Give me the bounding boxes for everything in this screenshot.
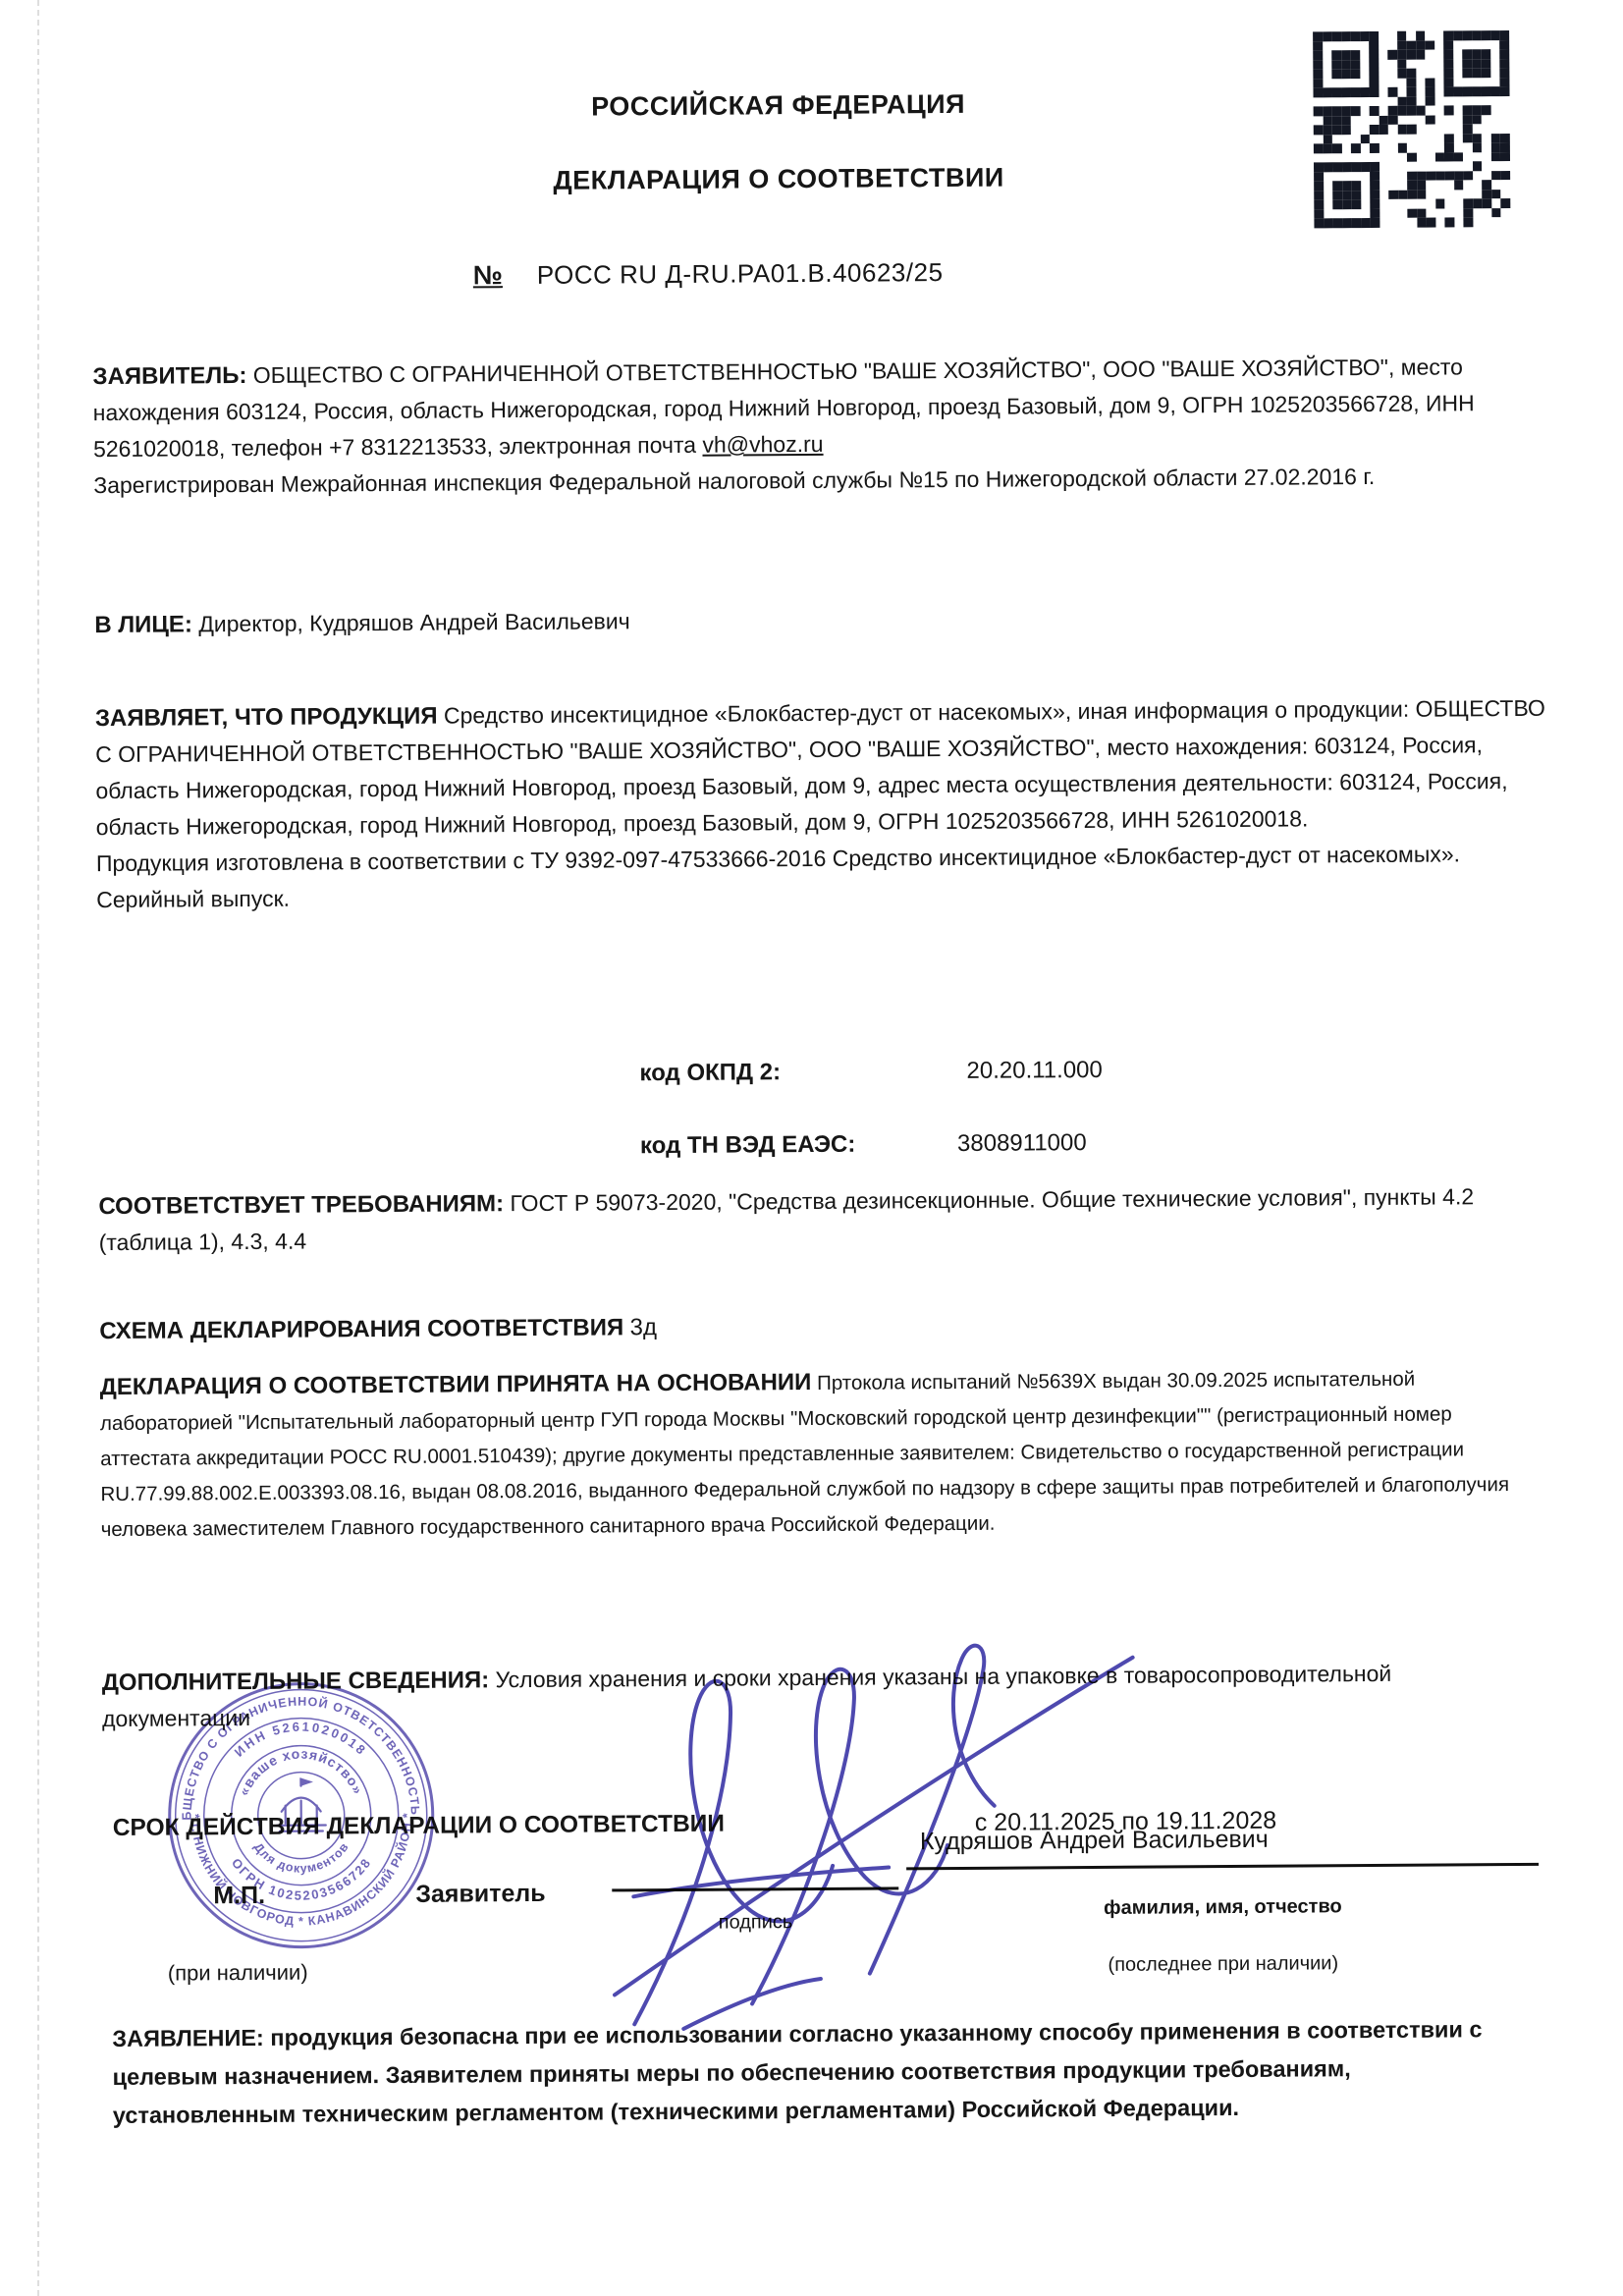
basis-paragraph: ДЕКЛАРАЦИЯ О СООТВЕТСТВИИ ПРИНЯТА НА ОСН… <box>100 1360 1535 1548</box>
in-person-row: В ЛИЦЕ: Директор, Кудряшов Андрей Василь… <box>94 597 1545 643</box>
stamp-emblem-icon <box>276 1778 325 1831</box>
stamp-mid-top-text: ИНН 5261020018 <box>232 1719 370 1760</box>
okpd-value: 20.20.11.000 <box>966 1057 1103 1085</box>
qr-code <box>1313 30 1510 228</box>
okpd-label: код ОКПД 2: <box>639 1059 781 1087</box>
svg-text:ИНН 5261020018: ИНН 5261020018 <box>232 1719 370 1760</box>
applicant-registered: Зарегистрирован Межрайонная инспекция Фе… <box>93 458 1544 504</box>
svg-text:Для документов: Для документов <box>251 1839 352 1876</box>
compliance-paragraph: СООТВЕТСТВУЕТ ТРЕБОВАНИЯМ: ГОСТ Р 59073-… <box>98 1178 1512 1261</box>
email-link[interactable]: vh@vhoz.ru <box>702 431 823 458</box>
in-person-label: В ЛИЦЕ: <box>94 611 192 638</box>
scheme-value: 3д <box>629 1314 657 1340</box>
mp-caption: (при наличии) <box>168 1960 308 1987</box>
applicant-paragraph: ЗАЯВИТЕЛЬ: ОБЩЕСТВО С ОГРАНИЧЕННОЙ ОТВЕТ… <box>92 349 1544 504</box>
number-value: РОСС RU Д-RU.РА01.В.40623/25 <box>537 257 944 291</box>
tnved-label: код ТН ВЭД ЕАЭС: <box>640 1131 856 1161</box>
doc-title: ДЕКЛАРАЦИЯ О СООТВЕТСТВИИ <box>91 159 1466 199</box>
handwritten-signature <box>533 1588 1282 2045</box>
applicant-label: ЗАЯВИТЕЛЬ: <box>92 362 246 390</box>
basis-label: ДЕКЛАРАЦИЯ О СООТВЕТСТВИИ ПРИНЯТА НА ОСН… <box>100 1369 812 1400</box>
in-person-text: Директор, Кудряшов Андрей Васильевич <box>198 608 630 636</box>
stamp-inner-bottom-text: Для документов <box>251 1839 352 1876</box>
declaration-document: РОССИЙСКАЯ ФЕДЕРАЦИЯ ДЕКЛАРАЦИЯ О СООТВЕ… <box>0 0 1623 2296</box>
product-label: ЗАЯВЛЯЕТ, ЧТО ПРОДУКЦИЯ <box>95 703 438 732</box>
product-paragraph: ЗАЯВЛЯЕТ, ЧТО ПРОДУКЦИЯ Средство инсекти… <box>95 690 1548 918</box>
tnved-value: 3808911000 <box>957 1129 1087 1158</box>
company-stamp: ОБЩЕСТВО С ОГРАНИЧЕННОЙ ОТВЕТСТВЕННОСТЬЮ… <box>161 1675 442 1956</box>
scheme-row: СХЕМА ДЕКЛАРИРОВАНИЯ СООТВЕТСТВИЯ 3д <box>99 1303 1550 1349</box>
statement-label: ЗАЯВЛЕНИЕ: <box>112 2025 264 2051</box>
scheme-label: СХЕМА ДЕКЛАРИРОВАНИЯ СООТВЕТСТВИЯ <box>99 1314 623 1344</box>
compliance-label: СООТВЕТСТВУЕТ ТРЕБОВАНИЯМ: <box>98 1190 504 1220</box>
number-label: № <box>473 260 503 291</box>
country-title: РОССИЙСКАЯ ФЕДЕРАЦИЯ <box>90 85 1465 126</box>
